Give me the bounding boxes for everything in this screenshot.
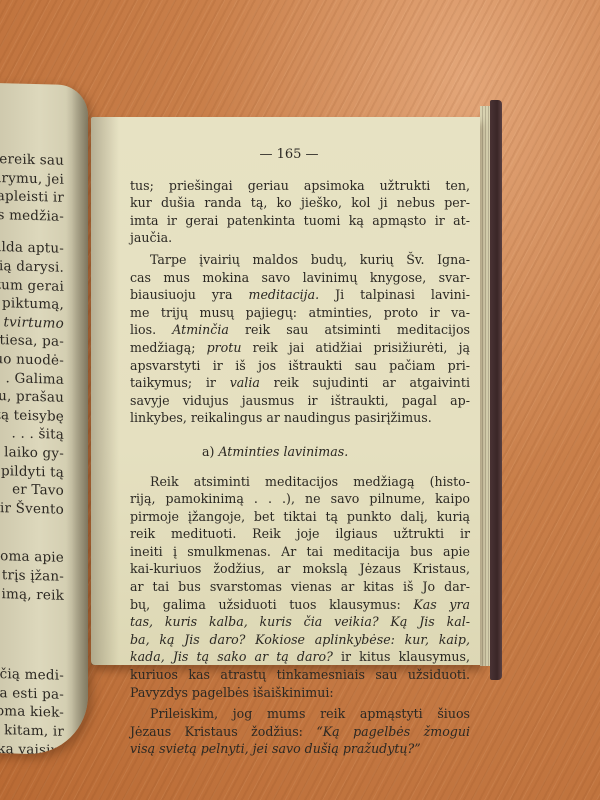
section-heading: a) Atminties lavinimas. — [130, 443, 470, 461]
left-page-line: apleisti ir — [0, 188, 64, 206]
left-page-line: čią medi- — [0, 666, 64, 684]
left-page-line: ir Švento — [0, 500, 64, 518]
text-line: Tarpe įvairių maldos budų, kurių Šv. Ign… — [130, 251, 470, 269]
left-page-line: nereik sau — [0, 151, 64, 169]
text-line: imta ir gerai patenkinta tuomi ką apmąst… — [130, 212, 470, 230]
left-page-line: . Galima — [5, 370, 64, 388]
text-line: kada, Jis tą sako ar tą daro? ir kitus k… — [130, 648, 470, 666]
left-page-gutter-shadow — [66, 85, 88, 756]
left-page-line: tiesa, pa- — [0, 332, 64, 350]
paragraph: Prileiskim, jog mums reik apmąstyti šiuo… — [130, 705, 470, 758]
left-page-line: os medžia- — [0, 207, 64, 225]
left-page-line: s piktumą, — [0, 295, 64, 313]
left-page-line: trįs įžan- — [2, 567, 64, 585]
paragraph: Reik atsiminti meditacijos medžiagą (his… — [130, 473, 470, 702]
left-page-line: pildyti tą — [1, 463, 64, 481]
left-page-line: oma kiek- — [0, 703, 64, 721]
text-line: kur dušia randa tą, ko jieško, kol ji ne… — [130, 194, 470, 212]
text-line: kuriuos kas atrastų tinkamesniais sau už… — [130, 666, 470, 684]
text-line: biausiuoju yra meditacija. Ji talpinasi … — [130, 286, 470, 304]
left-page-line: tvirtumo — [4, 314, 64, 332]
right-page-text: — 165 — tus; priešingai geriau apsimoka … — [130, 146, 470, 762]
text-line: Jėzaus Kristaus žodžius: “Ką pagelbės žm… — [130, 723, 470, 741]
left-page-line: tum gerai — [0, 277, 64, 295]
text-line: bų, galima užsiduoti tuos klausymus: Kas… — [130, 596, 470, 614]
section-heading-title: Atminties lavinimas. — [218, 444, 348, 459]
text-line: tas, kuris kalba, kuris čia veikia? Ką J… — [130, 613, 470, 631]
left-page-line: tą teisybę — [0, 407, 64, 425]
left-page-line: kitam, ir — [4, 722, 64, 740]
text-line: kai-kuriuos žodžius, ar mokslą Jėzaus Kr… — [130, 560, 470, 578]
left-page-line: ią darysi. — [0, 258, 64, 276]
text-line: me trijų musų pajiegų: atminties, proto … — [130, 304, 470, 322]
section-paragraphs: Reik atsiminti meditacijos medžiagą (his… — [130, 473, 470, 763]
text-line: apsvarstyti ir iš jos ištraukti sau pači… — [130, 357, 470, 375]
text-line: riją, pamokinimą . . .), ne savo pilnume… — [130, 490, 470, 508]
left-page-line: roma apie — [0, 548, 64, 566]
left-page-line: er Tavo — [12, 482, 64, 499]
text-line: savyje vidujus jausmus ir ištraukti, pag… — [130, 392, 470, 410]
text-line: linkybes, reikalingus ar naudingus pasir… — [130, 409, 470, 427]
right-page-gutter-shadow — [91, 117, 119, 665]
left-page-line: laiko gy- — [4, 444, 64, 462]
left-page-line: . . . šitą — [12, 426, 64, 443]
left-page-line: a esti pa- — [0, 685, 64, 703]
text-line: taikymus; ir valia reik sujudinti ar atg… — [130, 374, 470, 392]
text-line: lios. Atminčia reik sau atsiminti medita… — [130, 321, 470, 339]
text-line: tus; priešingai geriau apsimoka užtrukti… — [130, 177, 470, 195]
text-line: Pavyzdys pagelbės išaiškinimui: — [130, 684, 470, 702]
left-page-line: alda aptu- — [0, 239, 64, 257]
text-line: reik medituoti. Reik joje ilgiaus užtruk… — [130, 525, 470, 543]
left-page-line: arymu, jei — [0, 170, 64, 188]
page-number: — 165 — — [130, 146, 470, 164]
text-line: jaučia. — [130, 229, 470, 247]
left-page-line: uo nuodė- — [0, 351, 64, 369]
book-cover-edge — [490, 100, 502, 680]
text-line: pirmoje įžangoje, bet tiktai tą punkto d… — [130, 508, 470, 526]
text-line: medžiagą; protu reik jai atidžiai prisiž… — [130, 339, 470, 357]
text-line: ineiti į smulkmenas. Ar tai meditacija b… — [130, 543, 470, 561]
text-line: Reik atsiminti meditacijos medžiagą (his… — [130, 473, 470, 491]
left-page-line: ką vaisių. — [0, 741, 64, 756]
text-line: ar tai bus svarstomas vienas ar kitas iš… — [130, 578, 470, 596]
paragraph: Tarpe įvairių maldos budų, kurių Šv. Ign… — [130, 251, 470, 427]
text-line: cas mus mokina savo lavinimų knygose, sv… — [130, 269, 470, 287]
text-line: Prileiskim, jog mums reik apmąstyti šiuo… — [130, 705, 470, 723]
paragraph: tus; priešingai geriau apsimoka užtrukti… — [130, 177, 470, 247]
left-page-line: imą, reik — [2, 586, 65, 604]
intro-paragraphs: tus; priešingai geriau apsimoka užtrukti… — [130, 177, 470, 431]
section-heading-label: a) — [202, 444, 214, 459]
left-page-line: u, prašau — [0, 388, 64, 406]
text-line: ba, ką Jis daro? Kokiose aplinkybėse: ku… — [130, 631, 470, 649]
left-page: nereik sauarymu, jeiapleisti iros medžia… — [0, 83, 88, 756]
text-line: visą svietą pelnyti, jei savo dušią praž… — [130, 740, 470, 758]
